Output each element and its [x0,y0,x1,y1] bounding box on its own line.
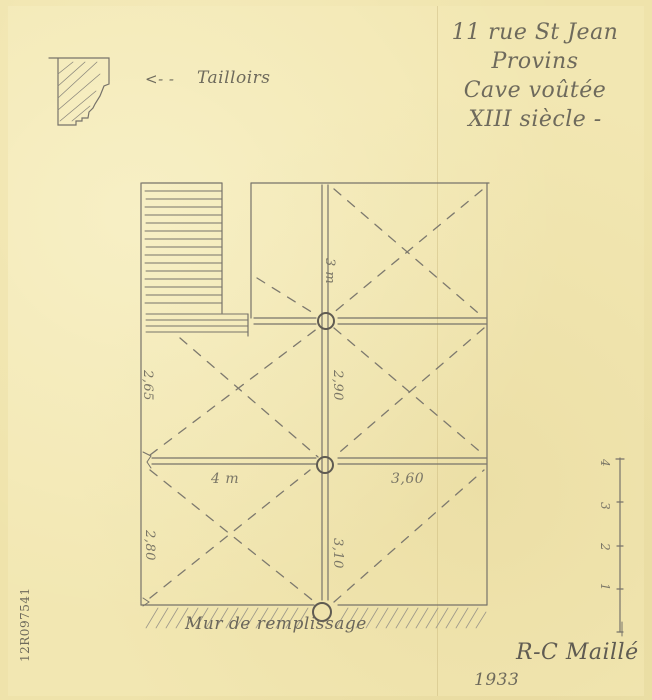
subject-line: Cave voûtée [430,76,640,105]
scale-tick-1: 1 [598,583,612,591]
dim-lower-center-height: 3,10 [330,538,345,569]
archive-number: 12R097541 [18,587,32,662]
address-line: 11 rue St Jean [430,18,640,47]
dim-right-bay-width: 3,60 [391,471,424,487]
year: 1933 [474,670,519,690]
dim-middle-left-height: 2,65 [140,370,155,401]
scale-tick-4: 4 [598,459,612,467]
wall-label: Mur de remplissage [185,614,367,634]
dim-middle-center-height: 2,90 [330,370,345,401]
detail-label: Tailloirs [197,68,271,88]
title-block: 11 rue St Jean Provins Cave voûtée XIII … [430,18,640,134]
stair-icon [142,183,248,336]
scale-tick-3: 3 [598,502,612,510]
signature: R-C Maillé [516,640,639,665]
dim-upper-bay-height: 3 m [322,258,337,284]
detail-arrow: <- - [145,70,174,88]
moulding-profile-icon [49,58,109,125]
town-line: Provins [430,47,640,76]
scale-tick-2: 2 [598,543,612,551]
dim-lower-left-height: 2,80 [142,530,157,561]
century-line: XIII siècle - [430,105,640,134]
scale-bar [616,458,624,632]
dim-left-bay-width: 4 m [211,471,239,487]
